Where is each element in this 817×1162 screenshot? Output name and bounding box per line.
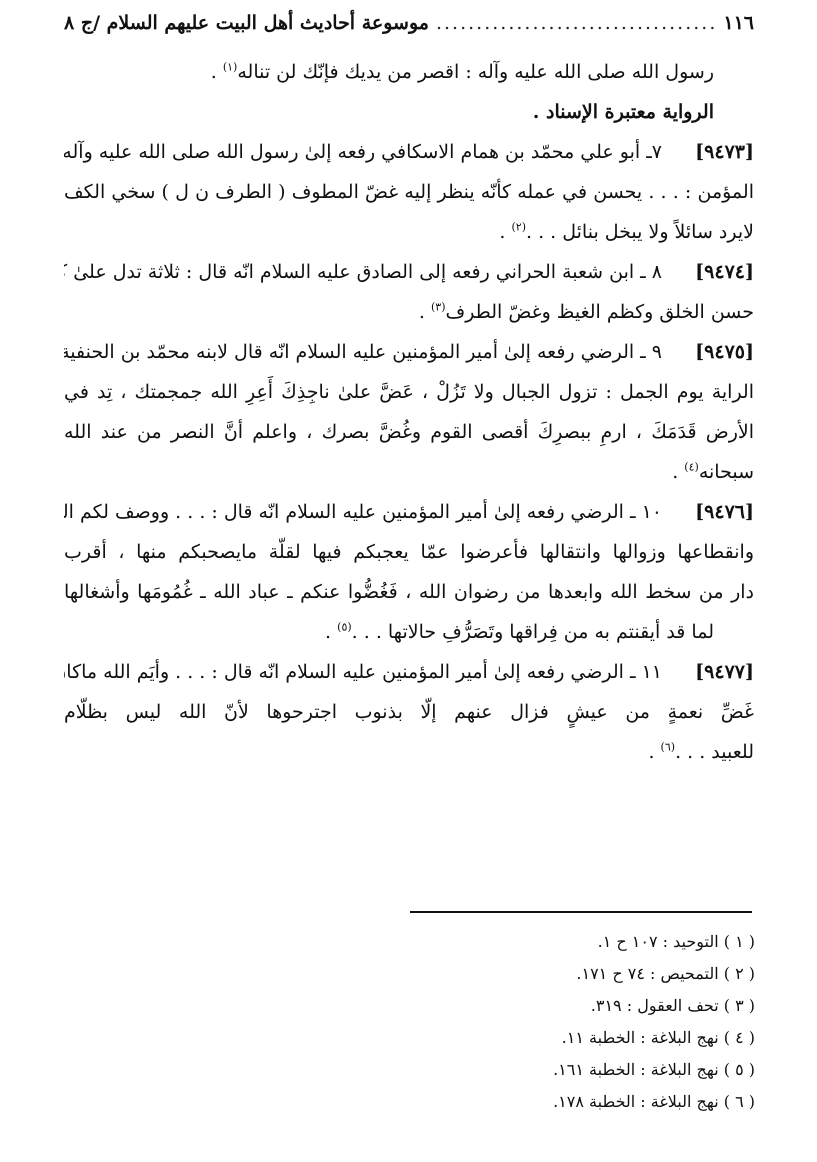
hadith-9476-line-2: وانقطاعها وزوالها وانتقالها فأعرضوا عمّا… xyxy=(64,532,754,572)
footnote-ref[interactable]: (٣) xyxy=(431,301,446,314)
hadith-number: [٩٤٧٦] xyxy=(662,492,754,532)
hadith-9475-line-1: [٩٤٧٥]٩ ـ الرضي رفعه إلىٰ أمير المؤمنين … xyxy=(64,332,754,372)
footnote-5: ( ٥ ) نهج البلاغة : الخطبة ١٦١. xyxy=(335,1054,755,1086)
page-number: ١١٦ xyxy=(723,12,754,34)
hadith-9477-line-3: للعبيد . . .(٦) . xyxy=(64,732,754,772)
running-header: ١١٦ ....................................… xyxy=(64,6,754,40)
footnote-separator xyxy=(410,911,752,913)
footnote-2: ( ٢ ) التمحيص : ٧٤ ح ١٧١. xyxy=(335,958,755,990)
footnote-ref[interactable]: (٤) xyxy=(684,461,699,474)
hadith-9473-line-2: المؤمن : . . . يحسن في عمله كأنّه ينظر إ… xyxy=(64,172,754,212)
hadith-number: [٩٤٧٤] xyxy=(662,252,754,292)
hadith-9475-line-4: سبحانه(٤) . xyxy=(64,452,754,492)
hadith-9474-line-1: [٩٤٧٤]٨ ـ ابن شعبة الحراني رفعه إلى الصا… xyxy=(64,252,754,292)
footnote-1: ( ١ ) التوحيد : ١٠٧ ح ١. xyxy=(335,926,755,958)
footnote-6: ( ٦ ) نهج البلاغة : الخطبة ١٧٨. xyxy=(335,1086,755,1118)
footnote-ref[interactable]: (٥) xyxy=(337,621,352,634)
continuation-line: رسول الله صلى الله عليه وآله : اقصر من ي… xyxy=(64,52,754,92)
hadith-9475-line-3: الأرض قَدَمَكَ ، ارمِ ببصرِكَ أقصى القوم… xyxy=(64,412,754,452)
footnote-ref[interactable]: (٢) xyxy=(512,221,527,234)
book-page: ١١٦ ....................................… xyxy=(0,0,817,1162)
hadith-9474-line-2: حسن الخلق وكظم الغيظ وغضّ الطرف(٣) . xyxy=(64,292,754,332)
hadith-number: [٩٤٧٧] xyxy=(662,652,754,692)
hadith-9476-line-1: [٩٤٧٦]١٠ ـ الرضي رفعه إلىٰ أمير المؤمنين… xyxy=(64,492,754,532)
footnotes: ( ١ ) التوحيد : ١٠٧ ح ١. ( ٢ ) التمحيص :… xyxy=(335,926,755,1118)
footnote-4: ( ٤ ) نهج البلاغة : الخطبة ١١. xyxy=(335,1022,755,1054)
header-leader-dots: ........................................… xyxy=(435,12,717,34)
footnote-3: ( ٣ ) تحف العقول : ٣١٩. xyxy=(335,990,755,1022)
hadith-9473-line-1: [٩٤٧٣]٧ـ أبو علي محمّد بن همام الاسكافي … xyxy=(64,132,754,172)
footnote-ref[interactable]: (١) xyxy=(223,61,238,74)
book-title: موسوعة أحاديث أهل البيت عليهم السلام /ج … xyxy=(64,12,429,34)
hadith-number: [٩٤٧٣] xyxy=(662,132,754,172)
hadith-number: [٩٤٧٥] xyxy=(662,332,754,372)
hadith-9477-line-2: غَضِّ نعمةٍ من عيشٍ فزال عنهم إلّا بذنوب… xyxy=(64,692,754,732)
hadith-9476-line-4: لما قد أيقنتم به من فِراقها وتَصَرُّفِ ح… xyxy=(64,612,754,652)
main-text: رسول الله صلى الله عليه وآله : اقصر من ي… xyxy=(64,52,754,772)
isnad-assessment: الرواية معتبرة الإسناد . xyxy=(64,92,754,132)
hadith-9476-line-3: دار من سخط الله وابعدها من رضوان الله ، … xyxy=(64,572,754,612)
hadith-9477-line-1: [٩٤٧٧]١١ ـ الرضي رفعه إلىٰ أمير المؤمنين… xyxy=(64,652,754,692)
hadith-9475-line-2: الراية يوم الجمل : تزول الجبال ولا تَزُل… xyxy=(64,372,754,412)
footnote-ref[interactable]: (٦) xyxy=(661,741,676,754)
hadith-9473-line-3: لايرد سائلاً ولا يبخل بنائل . . .(٢) . xyxy=(64,212,754,252)
